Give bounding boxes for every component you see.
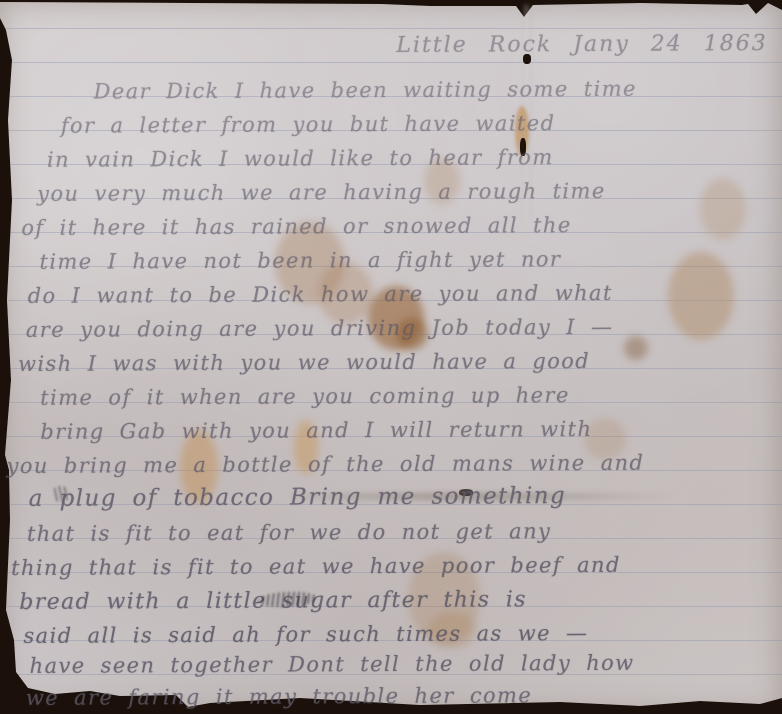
letter-line: you bring me a bottle of the old mans wi… [7, 451, 645, 478]
handwriting-layer: Little Rock Jany 24 1863 Dear Dick I hav… [0, 0, 782, 714]
letter-line: time I have not been in a fight yet nor [39, 247, 561, 274]
letter-line: wish I was with you we would have a good [18, 349, 590, 376]
letter-line: have seen together Dont tell the old lad… [30, 651, 635, 678]
letter-photograph: Little Rock Jany 24 1863 Dear Dick I hav… [0, 0, 782, 714]
dateline: Little Rock Jany 24 1863 [396, 31, 767, 58]
letter-line: bring Gab with you and I will return wit… [40, 417, 592, 444]
letter-line: time of it when are you coming up here [40, 383, 570, 410]
letter-line: said all is said ah for such times as we… [23, 621, 588, 648]
letter-line: we are faring it may trouble her come [26, 683, 532, 710]
letter-line: of it here it has rained or snowed all t… [21, 213, 571, 240]
letter-line: you very much we are having a rough time [37, 179, 606, 206]
letter-line: for a letter from you but have waited [61, 111, 556, 138]
letter-line: are you doing are you driving Job today … [26, 315, 614, 342]
letter-line: in vain Dick I would like to hear from [47, 145, 554, 172]
letter-line: thing that is fit to eat we have poor be… [11, 553, 621, 580]
letter-line: a plug of tobacco Bring me something [29, 483, 566, 512]
letter-line: that is fit to eat for we do not get any [27, 519, 551, 546]
letter-line: Dear Dick I have been waiting some time [94, 77, 637, 104]
letter-line: do I want to be Dick how are you and wha… [28, 281, 613, 308]
